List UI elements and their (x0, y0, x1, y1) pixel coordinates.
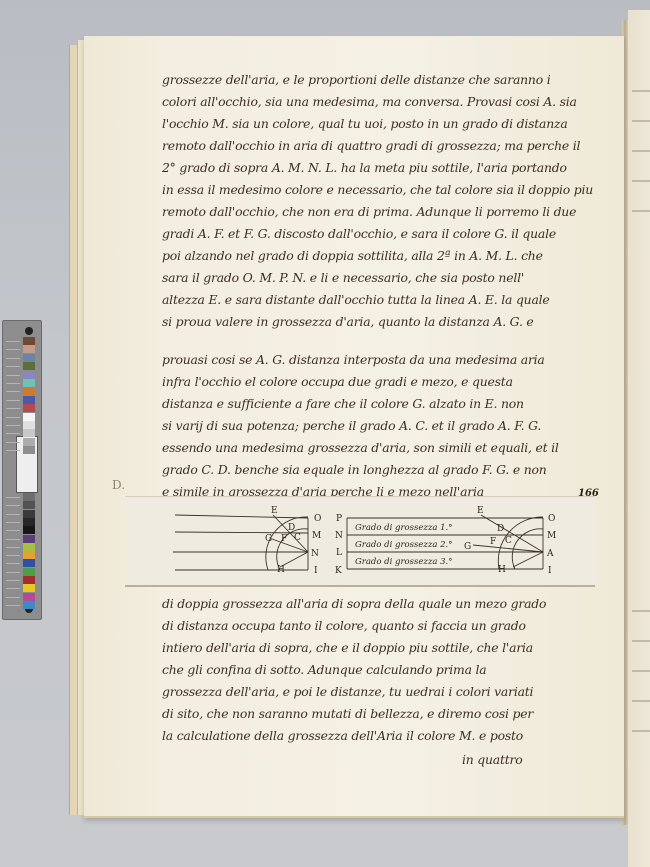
svg-text:G: G (265, 534, 272, 544)
text-line: grossezze dell'aria, e le proportioni de… (162, 72, 550, 87)
color-patch (23, 584, 35, 592)
color-patch (23, 559, 35, 567)
color-patch (23, 362, 35, 370)
svg-text:M: M (312, 531, 321, 541)
color-patch (23, 551, 35, 559)
color-patch (23, 601, 35, 609)
color-patch (23, 404, 35, 412)
margin-mark: D. (112, 478, 125, 492)
perspective-diagram: EO DM GF CN HI PN LK EO DM GF CA HI Grad… (125, 497, 595, 585)
text-line: l'occhio M. sia un colore, qual tu uoi, … (162, 116, 568, 131)
text-line: la calculatione della grossezza dell'Ari… (162, 728, 523, 743)
color-patch (23, 501, 35, 509)
svg-text:C: C (294, 533, 301, 543)
text-line: grossezza dell'aria, e poi le distanze, … (162, 684, 533, 699)
facing-page (628, 10, 650, 867)
color-patch (23, 354, 35, 362)
svg-text:O: O (548, 514, 555, 524)
text-line: grado C. D. benche sia equale in longhez… (162, 462, 547, 477)
color-patch (23, 396, 35, 404)
text-line: 2° grado di sopra A. M. N. L. ha la meta… (162, 160, 567, 175)
svg-text:K: K (335, 566, 342, 576)
color-patch (23, 429, 35, 437)
color-patch (23, 371, 35, 379)
text-line: remoto dall'occhio in aria di quattro gr… (162, 138, 580, 153)
svg-text:F: F (281, 534, 287, 544)
text-line: si proua valere in grossezza d'aria, qua… (162, 314, 534, 329)
svg-text:I: I (548, 566, 552, 576)
color-calibration-target (2, 320, 42, 620)
text-line: gradi A. F. et F. G. discosto dall'occhi… (162, 226, 556, 241)
svg-text:E: E (477, 506, 484, 516)
text-line: prouasi cosi se A. G. distanza interpost… (162, 352, 545, 367)
text-line: di distanza occupa tanto il colore, quan… (162, 618, 526, 633)
color-patch (23, 387, 35, 395)
row-label-2: Grado di grossezza 2.° (355, 540, 453, 550)
svg-text:L: L (336, 548, 342, 558)
text-line: colori all'occhio, sia una medesima, ma … (162, 94, 577, 109)
color-patch (23, 576, 35, 584)
text-line: sara il grado O. M. P. N. e li e necessa… (162, 270, 524, 285)
color-patch (23, 543, 35, 551)
svg-text:H: H (498, 565, 506, 575)
text-line: in essa il medesimo colore e necessario,… (162, 182, 593, 197)
svg-text:M: M (547, 531, 556, 541)
text-line: in quattro (462, 752, 523, 767)
svg-text:I: I (314, 566, 318, 576)
color-patch (23, 413, 35, 421)
color-patch (23, 337, 35, 345)
svg-text:F: F (490, 537, 496, 547)
color-patch (23, 345, 35, 353)
color-patch (23, 493, 35, 501)
text-line: intiero dell'aria di sopra, che e il dop… (162, 640, 533, 655)
text-line: distanza e sufficiente a fare che il col… (162, 396, 524, 411)
color-patch (23, 526, 35, 534)
color-patch (23, 379, 35, 387)
svg-text:P: P (336, 514, 342, 524)
color-patch (23, 446, 35, 454)
text-line: altezza E. e sara distante dall'occhio t… (162, 292, 550, 307)
text-line: che gli confina di sotto. Adunque calcul… (162, 662, 487, 677)
color-patch (23, 568, 35, 576)
text-line: infra l'occhio el colore occupa due grad… (162, 374, 513, 389)
svg-text:N: N (311, 549, 319, 559)
color-patch (23, 593, 35, 601)
text-line: di sito, che non saranno mutati di belle… (162, 706, 533, 721)
svg-text:D: D (497, 524, 504, 534)
svg-text:E: E (271, 506, 278, 516)
color-patch (23, 421, 35, 429)
svg-text:H: H (277, 565, 285, 575)
svg-text:A: A (546, 549, 554, 559)
color-patch (23, 535, 35, 543)
svg-text:C: C (505, 536, 512, 546)
text-line: poi alzando nel grado di doppia sottilit… (162, 248, 543, 263)
text-line: di doppia grossezza all'aria di sopra de… (162, 596, 546, 611)
svg-text:O: O (314, 514, 321, 524)
text-line: si varij di sua potenza; perche il grado… (162, 418, 541, 433)
svg-text:G: G (464, 542, 471, 552)
text-line: essendo una medesima grossezza d'aria, s… (162, 440, 559, 455)
svg-text:D: D (288, 523, 295, 533)
row-label-3: Grado di grossezza 3.° (355, 557, 453, 567)
pasted-figure: EO DM GF CN HI PN LK EO DM GF CA HI Grad… (125, 496, 595, 587)
color-patch (23, 510, 35, 518)
text-line: remoto dall'occhio, che non era di prima… (162, 204, 576, 219)
color-patch (23, 438, 35, 446)
target-hole (25, 327, 33, 335)
color-patch (23, 518, 35, 526)
svg-text:N: N (335, 531, 343, 541)
row-label-1: Grado di grossezza 1.° (355, 523, 453, 533)
